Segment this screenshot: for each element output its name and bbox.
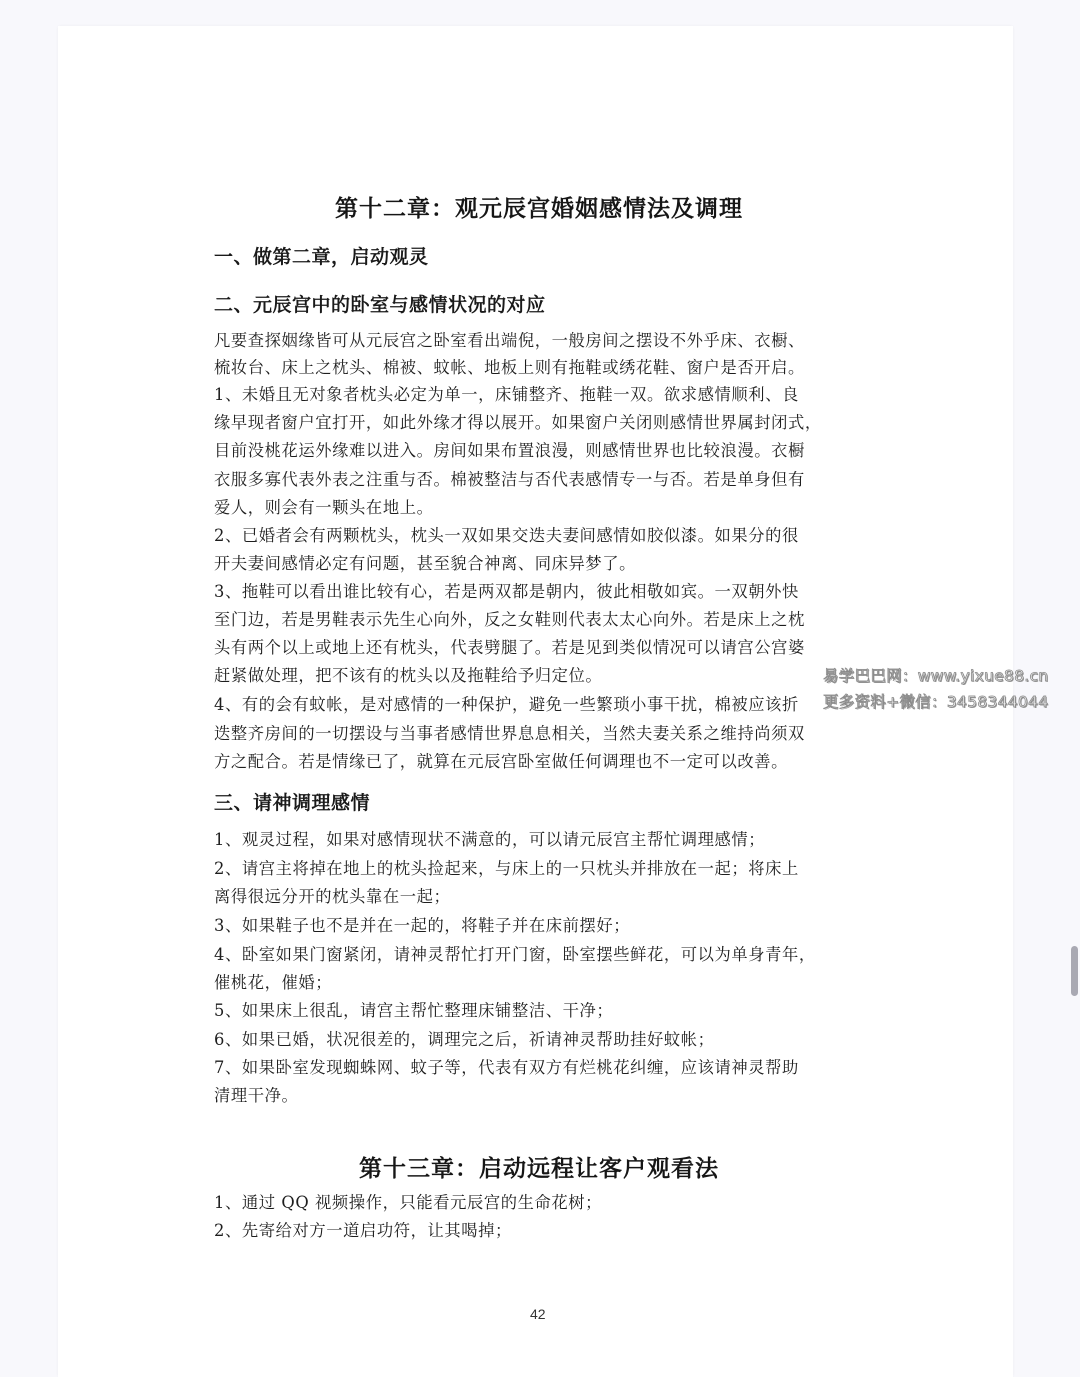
paragraph-line: 4、有的会有蚊帐，是对感情的一种保护，避免一些繁琐小事干扰，棉被应该折 — [214, 691, 864, 718]
paragraph-line: 1、未婚且无对象者枕头必定为单一，床铺整齐、拖鞋一双。欲求感情顺利、良 — [214, 381, 864, 408]
watermark-contact: 更多资料+微信：3458344044 — [823, 690, 1049, 712]
chapter-13-title: 第十三章：启动远程让客户观看法 — [214, 1150, 864, 1183]
vertical-scrollbar[interactable] — [1066, 0, 1080, 1377]
scrollbar-thumb[interactable] — [1071, 946, 1078, 996]
watermark-site: 易学巴巴网：www.yixue88.cn — [823, 664, 1049, 686]
paragraph-line: 离得很远分开的枕头靠在一起； — [214, 883, 864, 910]
paragraph-line: 1、通过 QQ 视频操作，只能看元辰宫的生命花树； — [214, 1189, 864, 1216]
paragraph-line: 至门边，若是男鞋表示先生心向外，反之女鞋则代表太太心向外。若是床上之枕 — [214, 606, 864, 633]
paragraph-line: 清理干净。 — [214, 1082, 864, 1109]
paragraph-line: 爱人，则会有一颗头在地上。 — [214, 494, 864, 521]
paragraph-line: 6、如果已婚，状况很差的，调理完之后，祈请神灵帮助挂好蚊帐； — [214, 1026, 864, 1053]
paragraph-line: 3、拖鞋可以看出谁比较有心，若是两双都是朝内，彼此相敬如宾。一双朝外快 — [214, 578, 864, 605]
paragraph-line: 头有两个以上或地上还有枕头，代表劈腿了。若是见到类似情况可以请宫公宫婆 — [214, 634, 864, 661]
paragraph-line: 5、如果床上很乱，请宫主帮忙整理床铺整洁、干净； — [214, 997, 864, 1024]
paragraph-line: 缘早现者窗户宜打开，如此外缘才得以展开。如果窗户关闭则感情世界属封闭式， — [214, 409, 864, 436]
paragraph-line: 2、请宫主将掉在地上的枕头捡起来，与床上的一只枕头并排放在一起；将床上 — [214, 855, 864, 882]
paragraph-line: 目前没桃花运外缘难以进入。房间如果布置浪漫，则感情世界也比较浪漫。衣橱 — [214, 437, 864, 464]
chapter-12-title: 第十二章：观元辰宫婚姻感情法及调理 — [214, 190, 864, 223]
paragraph-line: 衣服多寡代表外表之注重与否。棉被整洁与否代表感情专一与否。若是单身但有 — [214, 466, 864, 493]
paragraph-line: 梳妆台、床上之枕头、棉被、蚊帐、地板上则有拖鞋或绣花鞋、窗户是否开启。 — [214, 354, 864, 381]
paragraph-line: 2、先寄给对方一道启功符，让其喝掉； — [214, 1217, 864, 1244]
section-3-heading: 三、请神调理感情 — [214, 788, 370, 815]
section-1-heading: 一、做第二章，启动观灵 — [214, 242, 429, 269]
paragraph-line: 4、卧室如果门窗紧闭，请神灵帮忙打开门窗，卧室摆些鲜花，可以为单身青年， — [214, 941, 864, 968]
paragraph-line: 凡要查探姻缘皆可从元辰宫之卧室看出端倪，一般房间之摆设不外乎床、衣橱、 — [214, 327, 864, 354]
paragraph-line: 方之配合。若是情缘已了，就算在元辰宫卧室做任何调理也不一定可以改善。 — [214, 748, 864, 775]
page-number: 42 — [530, 1306, 546, 1322]
paragraph-line: 2、已婚者会有两颗枕头，枕头一双如果交迭夫妻间感情如胶似漆。如果分的很 — [214, 522, 864, 549]
section-2-heading: 二、元辰宫中的卧室与感情状况的对应 — [214, 290, 546, 317]
paragraph-line: 赶紧做处理，把不该有的枕头以及拖鞋给予归定位。 — [214, 662, 864, 689]
paragraph-line: 1、观灵过程，如果对感情现状不满意的，可以请元辰宫主帮忙调理感情； — [214, 826, 864, 853]
paragraph-line: 7、如果卧室发现蜘蛛网、蚊子等，代表有双方有烂桃花纠缠，应该请神灵帮助 — [214, 1054, 864, 1081]
paragraph-line: 催桃花，催婚； — [214, 969, 864, 996]
paragraph-line: 3、如果鞋子也不是并在一起的，将鞋子并在床前摆好； — [214, 912, 864, 939]
paragraph-line: 迭整齐房间的一切摆设与当事者感情世界息息相关，当然夫妻关系之维持尚须双 — [214, 720, 864, 747]
paragraph-line: 开夫妻间感情必定有问题，甚至貌合神离、同床异梦了。 — [214, 550, 864, 577]
